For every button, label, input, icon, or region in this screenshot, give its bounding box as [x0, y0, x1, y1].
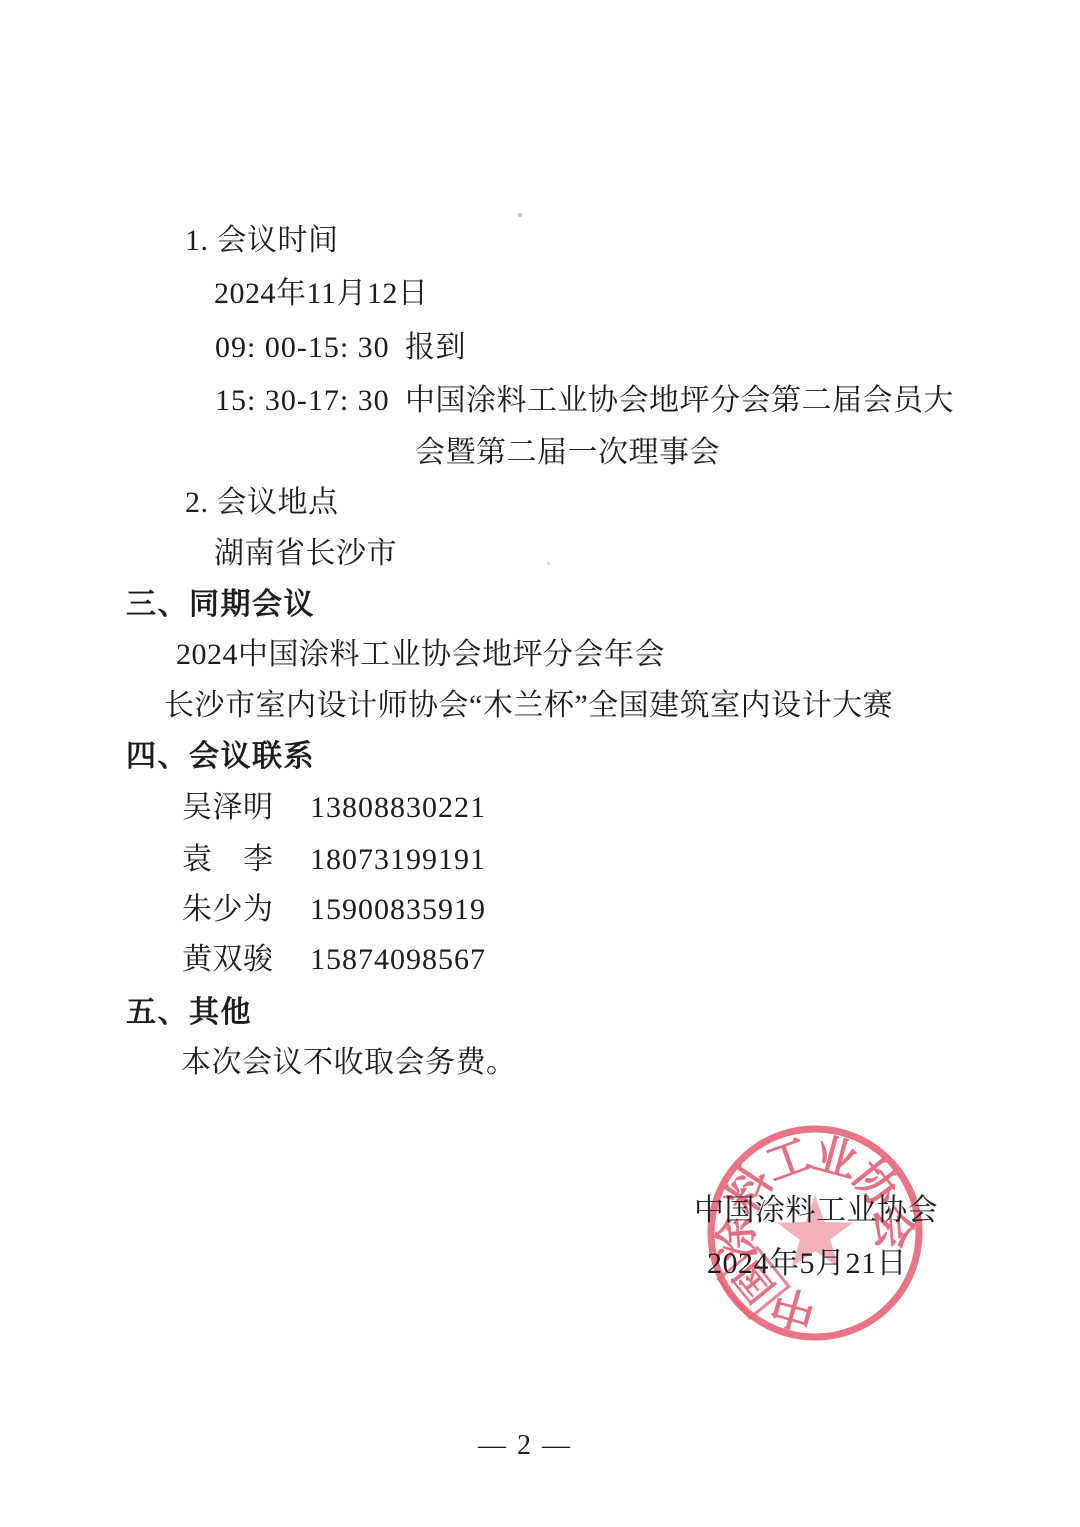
contact-row: 吴泽明 [182, 789, 274, 827]
schedule-time-1: 09: 00-15: 30 [215, 329, 390, 367]
section-heading-concurrent: 三、同期会议 [126, 586, 315, 624]
official-seal: 中 国 涂 料 工 业 协 会 [695, 1113, 935, 1353]
contact-phone: 13808830221 [310, 789, 486, 827]
scan-speck [518, 213, 522, 217]
contact-phone: 15900835919 [310, 891, 486, 929]
section-heading-other: 五、其他 [126, 994, 252, 1032]
contact-phone: 18073199191 [310, 841, 486, 879]
schedule-activity-2: 中国涂料工业协会地坪分会第二届会员大 [405, 382, 954, 420]
signature-date: 2024年5月21日 [707, 1245, 907, 1283]
meeting-time-label: 1. 会议时间 [185, 222, 339, 260]
concurrent-item-2: 长沙市室内设计师协会“木兰杯”全国建筑室内设计大赛 [164, 687, 893, 725]
schedule-activity-2-cont: 会暨第二届一次理事会 [415, 434, 720, 472]
document-page: 1. 会议时间 2024年11月12日 09: 00-15: 30 报到 15:… [0, 0, 1080, 1527]
contact-row: 黄双骏 [182, 941, 274, 979]
contact-phone: 15874098567 [310, 941, 486, 979]
meeting-location-label: 2. 会议地点 [185, 484, 339, 522]
schedule-time-2: 15: 30-17: 30 [215, 382, 390, 420]
contact-row: 袁 李 [182, 841, 274, 879]
signature-organization: 中国涂料工业协会 [694, 1192, 938, 1230]
section-heading-contacts: 四、会议联系 [126, 738, 315, 776]
meeting-date: 2024年11月12日 [214, 275, 428, 313]
other-note: 本次会议不收取会务费。 [181, 1044, 517, 1082]
page-number: — 2 — [430, 1427, 620, 1465]
scan-speck [547, 562, 550, 565]
contact-row: 朱少为 [182, 891, 274, 929]
concurrent-item-1: 2024中国涂料工业协会地坪分会年会 [176, 636, 665, 674]
schedule-activity-1: 报到 [405, 329, 466, 367]
meeting-location: 湖南省长沙市 [214, 535, 397, 573]
